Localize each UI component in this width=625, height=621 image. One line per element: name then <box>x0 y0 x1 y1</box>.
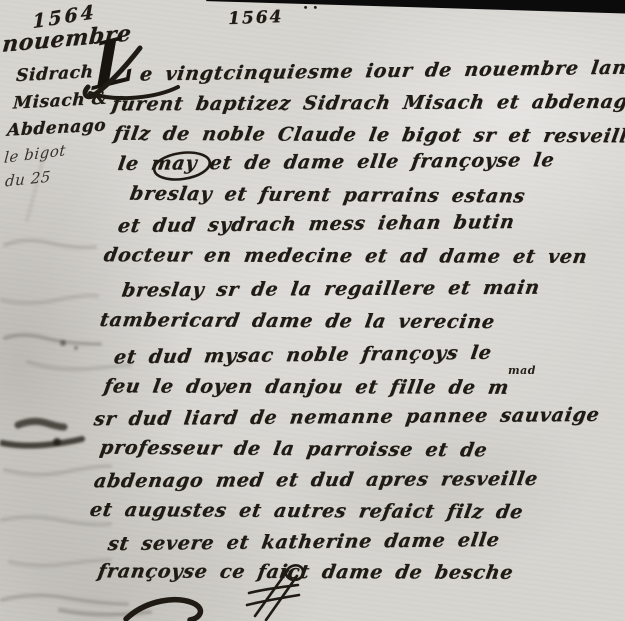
record-line: sr dud liard de nemanne pannee sauvaige <box>92 404 601 430</box>
margin-name-abdenago: Abdenago <box>7 115 107 140</box>
record-line: furent baptizez Sidrach Misach et abdena… <box>110 91 625 116</box>
record-line: breslay sr de la regaillere et main <box>120 277 541 302</box>
record-line: et augustes et autres refaict filz de <box>88 499 525 523</box>
record-line: abdenago med et dud apres resveille <box>92 468 539 492</box>
record-line: professeur de la parroisse et de <box>98 437 489 462</box>
record-line: st severe et katherine dame elle <box>106 529 501 555</box>
record-line: filz de noble Claude le bigot sr et resv… <box>112 123 625 148</box>
page-year: 1564 <box>228 7 284 29</box>
ink-dots: · · <box>303 0 318 16</box>
record-line: le may et de dame elle françoyse le <box>116 149 556 175</box>
record-line: françoyse ce faict dame de besche <box>96 560 515 583</box>
record-line: breslay et furent parrains estans <box>128 183 527 208</box>
margin-day: du 25 <box>4 167 51 190</box>
interlinear-insertion: mad <box>508 364 536 377</box>
record-line: e vingtcinquiesme iour de nouembre lan <box>138 57 625 86</box>
bottom-flourish-icon <box>126 600 200 620</box>
record-line: feu le doyen danjou et fille de m <box>102 375 511 398</box>
record-line: tambericard dame de la verecine <box>98 309 496 333</box>
manuscript-page: 1564 nouembre Sidrach Misach & Abdenago … <box>0 0 625 621</box>
record-line: et dud sydrach mess iehan butin <box>116 211 516 237</box>
margin-name-sidrach: Sidrach <box>16 62 94 86</box>
record-line: docteur en medecine et ad dame et ven <box>102 244 589 268</box>
margin-surname: le bigot <box>3 141 66 167</box>
record-line: et dud mysac noble françoys le <box>112 342 493 369</box>
